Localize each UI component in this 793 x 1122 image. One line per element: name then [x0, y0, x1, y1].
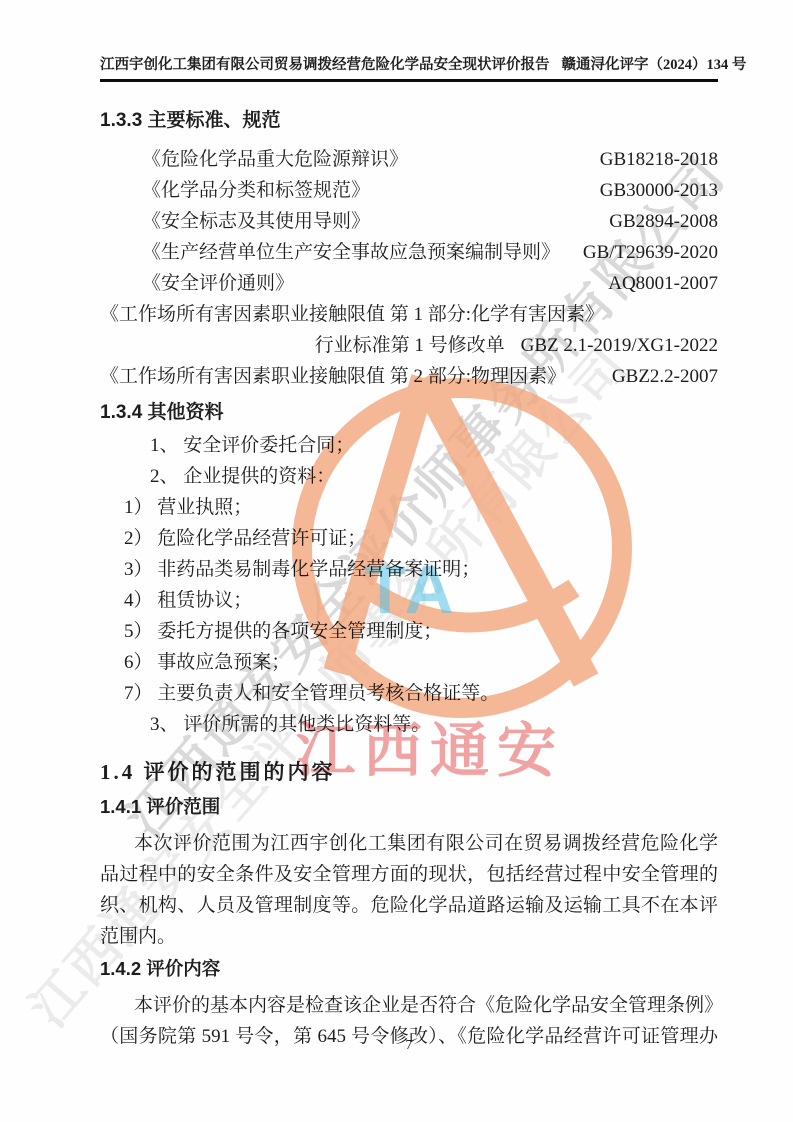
list-item: 1、 安全评价委托合同；: [100, 430, 718, 461]
standard-title: 《安全评价通则》: [142, 268, 294, 299]
doc-number: 赣通浔化评字（2024）134 号: [562, 56, 747, 74]
list-item: 7） 主要负责人和安全管理员考核合格证等。: [100, 678, 718, 709]
paragraph-line: 范围内。: [100, 921, 718, 952]
list-item: 5） 委托方提供的各项安全管理制度；: [100, 616, 718, 647]
amendment-code: GBZ 2.1-2019/XG1-2022: [521, 330, 718, 361]
paragraph-line: 本次评价范围为江西宇创化工集团有限公司在贸易调拨经营危险化学: [100, 828, 718, 859]
standard-title: 《化学品分类和标签规范》: [142, 175, 370, 206]
section-heading-14: 1.4 评价的范围的内容: [100, 754, 718, 790]
standard-code: GB/T29639-2020: [583, 237, 718, 268]
standard-row: 《化学品分类和标签规范》GB30000-2013: [100, 175, 718, 206]
standard-limit2-title: 《工作场所有害因素职业接触限值 第 2 部分:物理因素》: [100, 361, 566, 392]
list-item: 3） 非药品类易制毒化学品经营备案证明；: [100, 554, 718, 585]
standard-limit1-title: 《工作场所有害因素职业接触限值 第 1 部分:化学有害因素》: [100, 299, 718, 330]
paragraph-line: 织、机构、人员及管理制度等。危险化学品道路运输及运输工具不在本评价: [100, 890, 718, 921]
section-heading-133: 1.3.3 主要标准、规范: [100, 108, 718, 134]
standard-row: 《安全评价通则》AQ8001-2007: [100, 268, 718, 299]
section-heading-142: 1.4.2 评价内容: [100, 954, 718, 984]
list-item: 4） 租赁协议；: [100, 585, 718, 616]
standards-list: 《危险化学品重大危险源辩识》GB18218-2018《化学品分类和标签规范》GB…: [100, 144, 718, 299]
report-title: 江西宇创化工集团有限公司贸易调拨经营危险化学品安全现状评价报告: [100, 56, 550, 74]
page-header: 江西宇创化工集团有限公司贸易调拨经营危险化学品安全现状评价报告 赣通浔化评字（2…: [100, 56, 718, 82]
standard-code: GB18218-2018: [600, 144, 718, 175]
standard-title: 《危险化学品重大危险源辩识》: [142, 144, 408, 175]
page-number: 7: [100, 1038, 718, 1054]
list-item: 1） 营业执照；: [100, 492, 718, 523]
scope-paragraph: 本次评价范围为江西宇创化工集团有限公司在贸易调拨经营危险化学品过程中的安全条件及…: [100, 828, 718, 952]
paragraph-line: 品过程中的安全条件及安全管理方面的现状，包括经营过程中安全管理的组: [100, 859, 718, 890]
paragraph-line: 本评价的基本内容是检查该企业是否符合《危险化学品安全管理条例》: [100, 990, 718, 1021]
amendment-label: 行业标准第 1 号修改单: [315, 330, 505, 361]
list-item: 6） 事故应急预案；: [100, 647, 718, 678]
document-page: 江西宇创化工集团有限公司贸易调拨经营危险化学品安全现状评价报告 赣通浔化评字（2…: [0, 0, 793, 1122]
standard-row: 《安全标志及其使用导则》GB2894-2008: [100, 206, 718, 237]
standard-limit2-row: 《工作场所有害因素职业接触限值 第 2 部分:物理因素》 GBZ2.2-2007: [100, 361, 718, 392]
standard-code: GB2894-2008: [609, 206, 718, 237]
list-item: 2、 企业提供的资料：: [100, 461, 718, 492]
standard-code: AQ8001-2007: [608, 268, 718, 299]
section-heading-134: 1.3.4 其他资料: [100, 400, 718, 426]
standard-row: 《生产经营单位生产安全事故应急预案编制导则》GB/T29639-2020: [100, 237, 718, 268]
list-item: 2） 危险化学品经营许可证；: [100, 523, 718, 554]
page-content: 1.3.3 主要标准、规范 《危险化学品重大危险源辩识》GB18218-2018…: [100, 104, 718, 1052]
other-materials-list: 1、 安全评价委托合同；2、 企业提供的资料：1） 营业执照；2） 危险化学品经…: [100, 430, 718, 740]
standard-title: 《生产经营单位生产安全事故应急预案编制导则》: [142, 237, 560, 268]
standard-code: GB30000-2013: [600, 175, 718, 206]
standard-row: 《危险化学品重大危险源辩识》GB18218-2018: [100, 144, 718, 175]
standard-title: 《安全标志及其使用导则》: [142, 206, 370, 237]
section-heading-141: 1.4.1 评价范围: [100, 792, 718, 822]
standard-amendment-row: 行业标准第 1 号修改单 GBZ 2.1-2019/XG1-2022: [100, 330, 718, 361]
list-item: 3、 评价所需的其他类比资料等。: [100, 709, 718, 740]
standard-limit2-code: GBZ2.2-2007: [612, 361, 718, 392]
